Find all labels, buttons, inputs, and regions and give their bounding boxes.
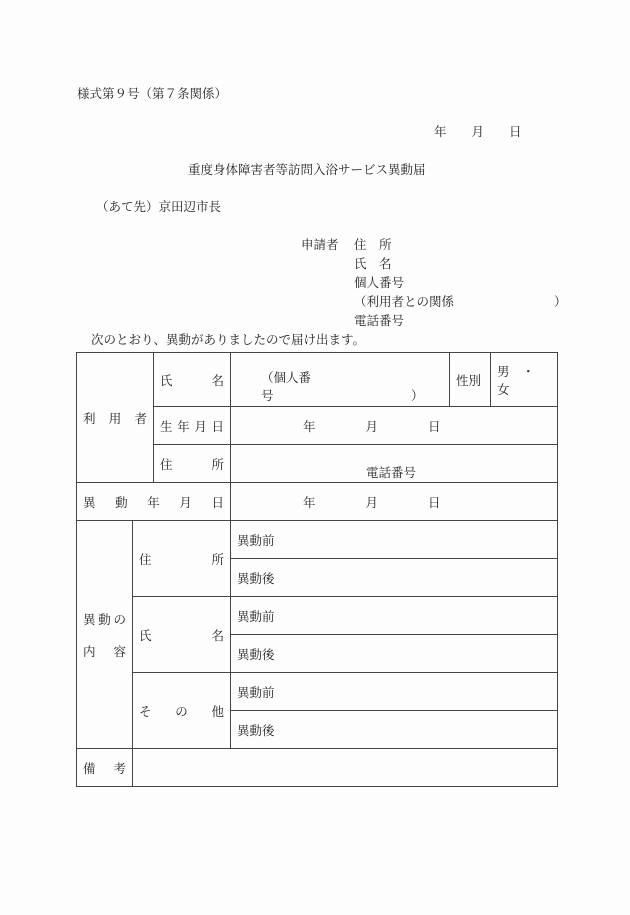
remarks-label: 備考 [77,749,133,787]
change-name-label: 氏名 [133,597,231,673]
user-address-field[interactable]: 電話番号 [231,445,558,483]
change-date-label: 異動年月日 [77,483,231,521]
address-after-field[interactable]: 異動後 [231,559,558,597]
page-title: 重度身体障害者等訪問入浴サービス異動届 [188,160,426,178]
remarks-field[interactable] [133,749,558,787]
address-before-field[interactable]: 異動前 [231,521,558,559]
birth-date-field[interactable]: 年 月 日 [231,407,558,445]
addressee: （あて先）京田辺市長 [96,197,221,215]
name-before-field[interactable]: 異動前 [231,597,558,635]
change-address-label: 住所 [133,521,231,597]
other-after-field[interactable]: 異動後 [231,711,558,749]
user-name-label: 氏名 [154,353,231,407]
applicant-phone-field[interactable]: 電話番号 [354,311,404,329]
change-other-label: その他 [133,673,231,749]
sex-options[interactable]: 男 ・ 女 [491,353,558,407]
applicant-address-field[interactable]: 住 所 [354,235,392,253]
name-after-field[interactable]: 異動後 [231,635,558,673]
change-content-label: 異動の 内容 [77,521,133,749]
user-label: 利用者 [77,353,154,483]
intro-text: 次のとおり、異動がありましたので届け出ます。 [91,330,365,348]
user-address-label: 住所 [154,445,231,483]
form-number: 様式第９号（第７条関係） [77,84,227,102]
change-notification-table: 利用者 氏名 （個人番号 ） 性別 男 ・ 女 生年月日 年 月 日 住所 電話… [76,352,558,787]
user-name-field[interactable]: （個人番号 ） [231,353,450,407]
birth-date-label: 生年月日 [154,407,231,445]
other-before-field[interactable]: 異動前 [231,673,558,711]
sex-label: 性別 [450,353,491,407]
applicant-personal-number-field[interactable]: 個人番号 [354,273,404,291]
applicant-relation-field[interactable]: （利用者との関係 ） [354,292,567,310]
applicant-name-field[interactable]: 氏 名 [354,254,392,272]
change-date-field[interactable]: 年 月 日 [231,483,558,521]
submission-date: 年 月 日 [434,122,522,140]
applicant-label: 申請者 [301,235,339,253]
